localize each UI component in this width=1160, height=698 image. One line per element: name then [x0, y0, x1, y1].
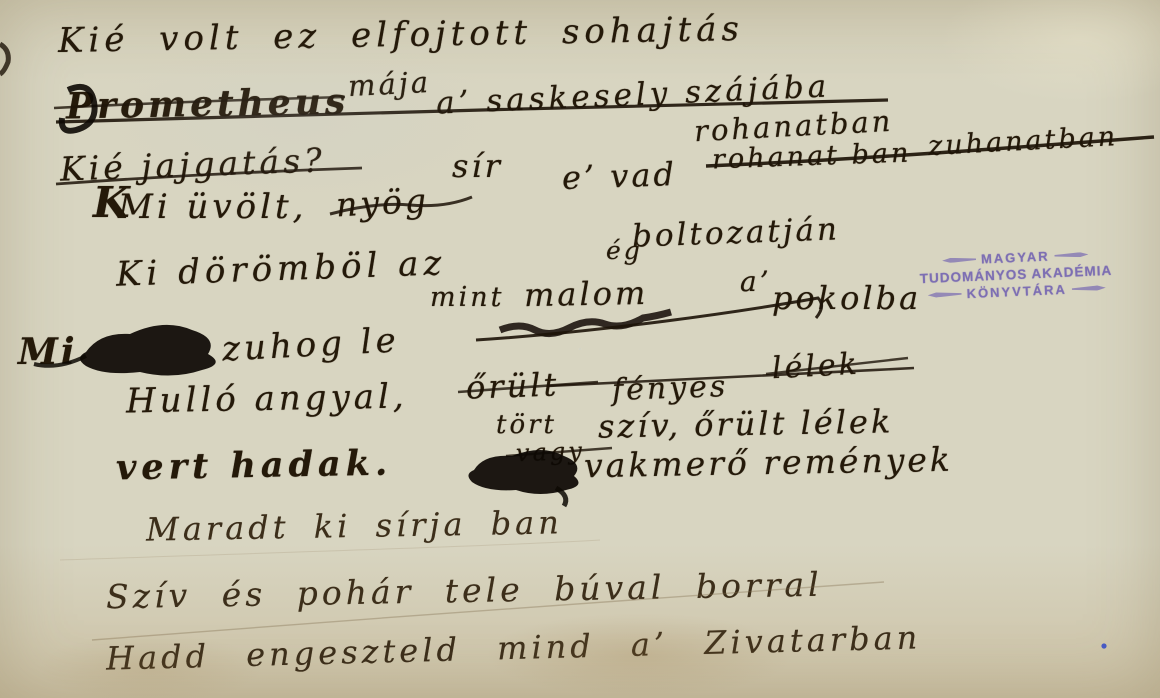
stamp-line-3: KÖNYVTÁRA [966, 282, 1067, 301]
ms-line-8-struck-fenyes: fényes [612, 372, 729, 406]
ms-line-8-struck-orult: őrült [465, 368, 559, 403]
ms-line-9-rest: szív, őrült lélek [598, 405, 894, 442]
ms-line-5-end: boltozatján [632, 214, 841, 252]
stamp-ornament-left2-icon [928, 291, 962, 297]
ms-line-2-insertion: mája [347, 68, 431, 101]
ms-line-6-pokolba: pokolba [772, 282, 921, 314]
ms-line-9-struck-vagy: vagy [516, 439, 586, 465]
manuscript-page: Kié volt ez elfojtott sohajtás Prometheu… [0, 0, 1160, 698]
ms-line-2-struck-word: Prometheus [66, 84, 350, 125]
ms-line-7-mi: Mi [18, 334, 78, 370]
stray-ink-mark [0, 44, 8, 74]
ms-line-10-rest: vakmerő remények [584, 443, 953, 482]
ms-line-7-zuhog: zuhog le [221, 323, 400, 366]
ms-line-8-main: Hulló angyal, [126, 380, 408, 419]
ms-line-1: Kié volt ez elfojtott sohajtás [58, 12, 744, 58]
ms-line-3-kept: sír [452, 150, 503, 182]
ms-line-6-article: a’ [740, 268, 772, 296]
ms-line-3-mid: e’ vad [561, 158, 677, 194]
stamp-ornament-left-icon [942, 257, 976, 263]
stamp-ornament-right-icon [1054, 252, 1088, 258]
ms-line-11: Maradt ki sírja ban [146, 506, 563, 545]
stamp-ornament-right2-icon [1072, 285, 1106, 291]
scribbled-word [500, 312, 671, 334]
ms-line-6-malom: malom [524, 277, 649, 311]
ms-line-3-struck-b: zuhanatban [927, 123, 1118, 160]
ink-blot [80, 325, 216, 376]
ms-line-9-tort: tört [496, 412, 557, 438]
ms-line-4-main: Mi üvölt, [118, 190, 307, 224]
ms-line-6-insertion: mint [430, 284, 504, 311]
ms-line-12: Szív és pohár tele búval borral [106, 568, 823, 614]
ms-line-5-main: Ki dörömböl az [116, 246, 447, 292]
ms-line-10-vert: vert hadak. [116, 446, 393, 486]
ms-line-8-struck-lelek: lélek [771, 350, 860, 385]
ms-line-3-struck-a: rohanat ban [712, 140, 912, 174]
stamp-line-1: MAGYAR [981, 249, 1050, 267]
ms-line-13: Hadd engeszteld mind a’ Zivatarban [106, 621, 922, 674]
blue-fleck [1101, 643, 1106, 648]
library-stamp: MAGYAR TUDOMÁNYOS AKADÉMIA KÖNYVTÁRA [915, 246, 1117, 304]
ms-line-4-struck: nyög [335, 184, 429, 222]
